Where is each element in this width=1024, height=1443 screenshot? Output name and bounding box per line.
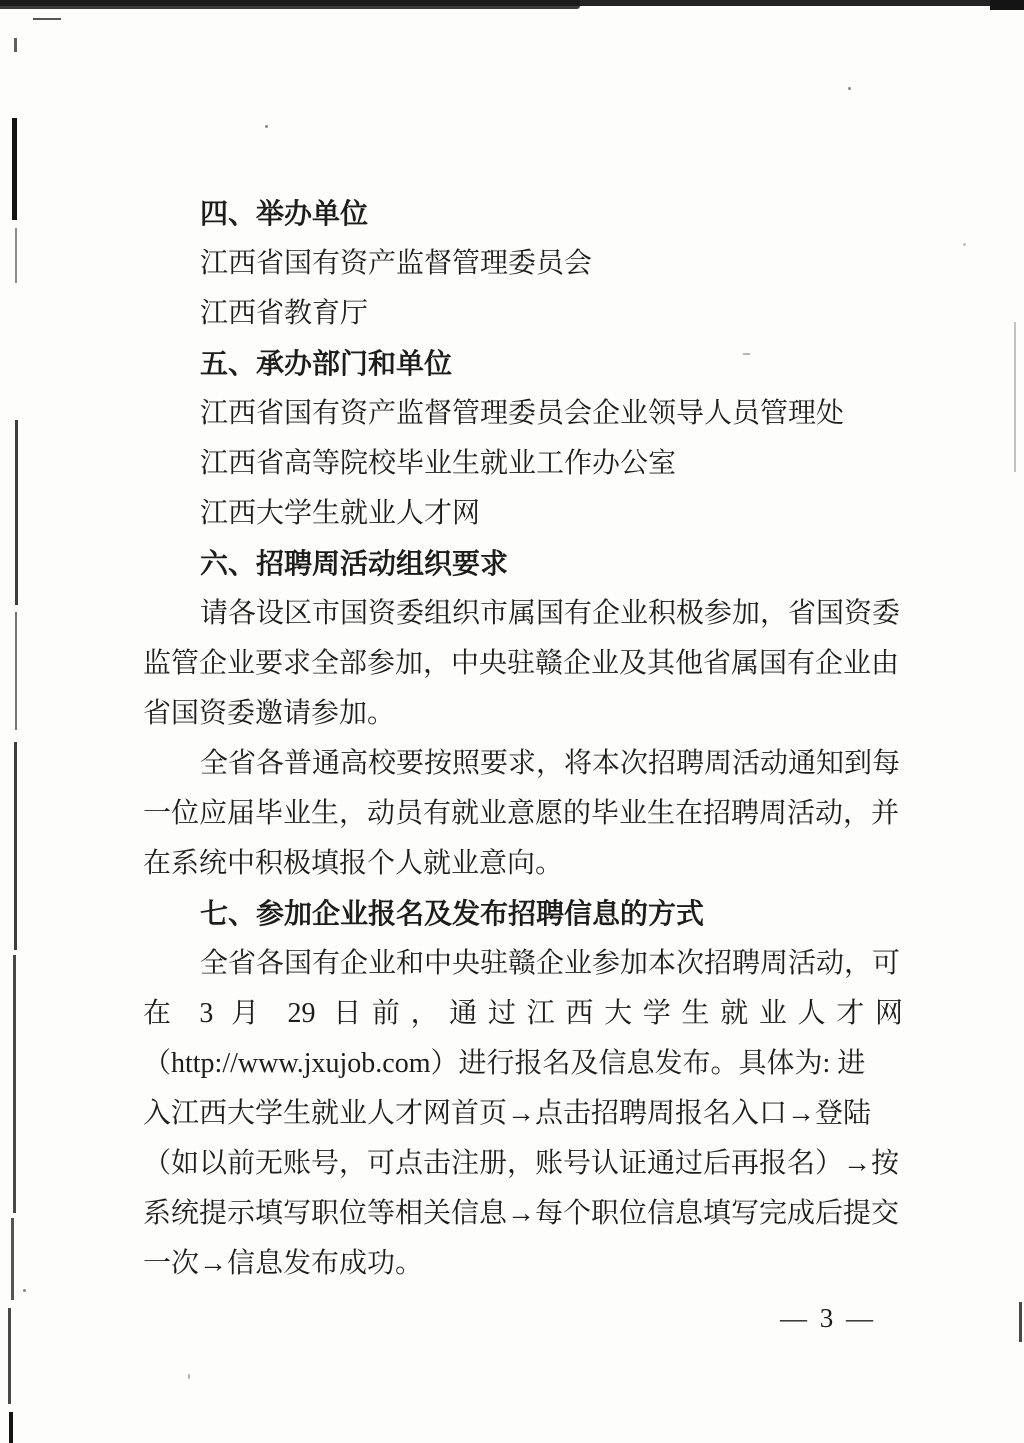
scan-speck: [265, 125, 268, 128]
scan-left-edge-line: [9, 1412, 13, 1443]
scan-left-edge-line: [15, 420, 18, 605]
section-heading-5: 五、承办部门和单位: [143, 339, 903, 389]
scan-speck: [23, 1289, 26, 1292]
text-line: 在系统中积极填报个人就业意向。: [143, 839, 903, 889]
text-line-url: （http://www.jxujob.com）进行报名及信息发布。具体为: 进: [143, 1039, 903, 1089]
text-line: （如以前无账号，可点击注册，账号认证通过后再报名）→按: [143, 1139, 903, 1189]
text-line: 江西省教育厅: [143, 289, 903, 339]
text-line: 一次→信息发布成功。: [143, 1239, 903, 1289]
text-line: 江西省国有资产监督管理委员会: [143, 239, 903, 289]
scan-left-edge-line: [11, 1218, 14, 1300]
text-line: 监管企业要求全部参加，中央驻赣企业及其他省属国有企业由: [143, 639, 903, 689]
scan-edge-top-right: [990, 0, 1024, 10]
scan-speck: [848, 87, 851, 90]
scan-left-edge-line: [14, 38, 17, 52]
scan-left-edge-line: [15, 228, 17, 283]
text-line: 全省各国有企业和中央驻赣企业参加本次招聘周活动，可: [143, 939, 903, 989]
section-heading-7: 七、参加企业报名及发布招聘信息的方式: [143, 889, 903, 939]
scan-left-edge-line: [15, 612, 17, 730]
text-line: 一位应届毕业生，动员有就业意愿的毕业生在招聘周活动，并: [143, 789, 903, 839]
page-number: — 3 —: [770, 1303, 886, 1334]
text-line: 江西省高等院校毕业生就业工作办公室: [143, 439, 903, 489]
scan-right-edge-line: [1019, 1302, 1022, 1342]
text-line: 在 3 月 29 日前，通过江西大学生就业人才网: [143, 989, 903, 1039]
document-body: 四、举办单位 江西省国有资产监督管理委员会 江西省教育厅 五、承办部门和单位 江…: [143, 189, 903, 1289]
scan-speck: [963, 243, 966, 246]
text-line: 入江西大学生就业人才网首页→点击招聘周报名入口→登陆: [143, 1089, 903, 1139]
scan-left-edge-line: [12, 118, 17, 220]
section-heading-4: 四、举办单位: [143, 189, 903, 239]
scan-left-edge-line: [14, 742, 17, 950]
text-line: 江西大学生就业人才网: [143, 489, 903, 539]
scan-left-edge-line: [8, 1308, 11, 1404]
text-line: 江西省国有资产监督管理委员会企业领导人员管理处: [143, 389, 903, 439]
text-line: 请各设区市国资委组织市属国有企业积极参加，省国资委: [143, 589, 903, 639]
text-line: 全省各普通高校要按照要求，将本次招聘周活动通知到每: [143, 739, 903, 789]
scan-speck: [188, 1374, 190, 1379]
text-line: 系统提示填写职位等相关信息→每个职位信息填写完成后提交: [143, 1189, 903, 1239]
scan-right-edge-line: [1014, 322, 1016, 472]
scan-left-edge-line: [13, 955, 16, 1213]
scan-edge-top-dark: [0, 0, 580, 9]
section-heading-6: 六、招聘周活动组织要求: [143, 539, 903, 589]
scan-speck: [33, 18, 61, 20]
scanned-document-page: 四、举办单位 江西省国有资产监督管理委员会 江西省教育厅 五、承办部门和单位 江…: [0, 0, 1024, 1443]
text-line: 省国资委邀请参加。: [143, 689, 903, 739]
